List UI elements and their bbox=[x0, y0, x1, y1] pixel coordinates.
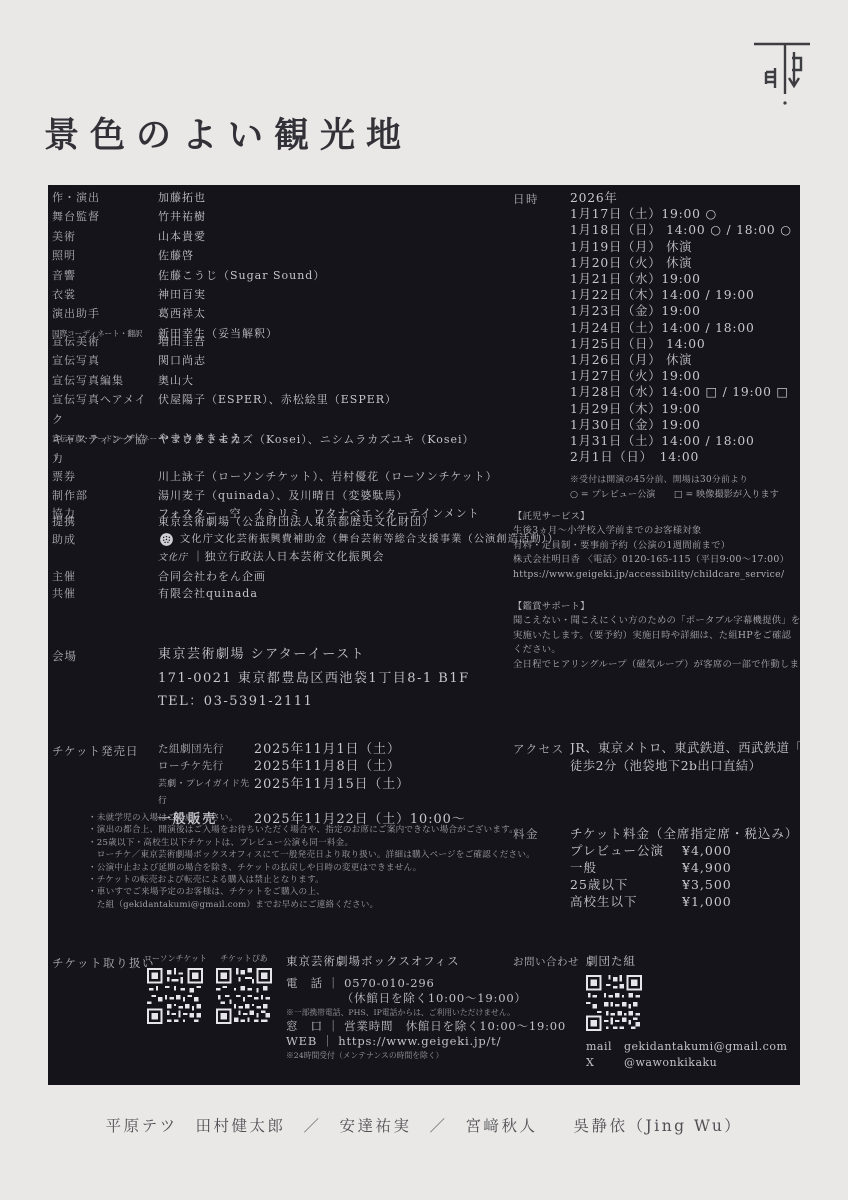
price-row: プレビュー公演¥4,000 bbox=[570, 842, 798, 859]
support-line: 聞こえない・聞こえにくい方のための「ポータブル字幕機提供」を bbox=[513, 614, 800, 628]
price-row: 高校生以下¥1,000 bbox=[570, 893, 798, 910]
note-line: ・未就学児の入場はご遠慮ください。 bbox=[88, 812, 508, 824]
contact-company: 劇団た組 bbox=[586, 953, 787, 969]
info-panel: 作・演出加藤拓也 舞台監督竹井祐樹 美術山本貴愛 照明佐藤啓 音響佐藤こうじ（S… bbox=[48, 185, 800, 1085]
support-line: 全日程でヒアリングループ（磁気ループ）が客席の一部で作動します。 bbox=[513, 658, 800, 672]
copresenter-row: 共催有限会社quinada bbox=[52, 585, 522, 603]
grant-row2: 文化庁 ｜独立行政法人日本芸術文化振興会 bbox=[52, 548, 522, 568]
ticket-notes: ・未就学児の入場はご遠慮ください。 ・演出の都合上、開演後はご入場をお待ちいただ… bbox=[88, 812, 508, 911]
bunkacho-logo-icon bbox=[158, 531, 175, 548]
page-title: 景色のよい観光地 bbox=[44, 108, 412, 158]
ticket-pia-block: チケットぴあ bbox=[216, 953, 272, 1024]
takumi-company-logo-icon bbox=[748, 28, 818, 114]
schedule-line: 1月21日（水）19:00 bbox=[570, 271, 792, 287]
box-office-block: 東京芸術劇場ボックスオフィス 電 話 ｜ 0570-010-296 （休館日を除… bbox=[286, 953, 546, 1062]
credit-row: 舞台監督竹井祐樹 bbox=[52, 207, 510, 226]
box-office-web[interactable]: WEB ｜ https://www.geigeki.jp/t/ bbox=[286, 1034, 546, 1049]
box-office-web-note: ※24時間受付（メンテナンスの時間を除く） bbox=[286, 1049, 546, 1062]
childcare-line: 有料・定員制・要事前予約（公演の1週間前まで） bbox=[513, 539, 800, 553]
schedule-line: 1月19日（月） 休演 bbox=[570, 239, 792, 255]
contact-x-row: X@wawonkikaku bbox=[586, 1055, 787, 1071]
access-line: 徒歩2分（池袋地下2b出口直結） bbox=[570, 758, 800, 776]
schedule-year: 2026年 bbox=[570, 190, 792, 206]
access-section: アクセス JR、東京メトロ、東武鉄道、西武鉄道「池袋」西口 徒歩2分（池袋地下2… bbox=[513, 740, 800, 775]
credits-casting: キャスティング協力ヤマウチトモカズ（Kosei）、ニシムラカズユキ（Kosei）… bbox=[52, 431, 510, 524]
box-office-name: 東京芸術劇場ボックスオフィス bbox=[286, 953, 546, 969]
cast-credits: 平原テツ 田村健太郎 ／ 安達祐実 ／ 宮﨑秋人 吳静依（Jing Wu） bbox=[0, 1114, 848, 1136]
schedule-line: 1月17日（土）19:00 ○ bbox=[570, 206, 792, 222]
release-row: ローチケ先行2025年11月8日（土） bbox=[158, 758, 466, 775]
presenter-row: 主催合同会社わをん企画 bbox=[52, 568, 522, 586]
venue-name: 東京芸術劇場 シアターイースト bbox=[158, 643, 470, 667]
note-line: ・25歳以下・高校生以下チケットは、プレビュー公演も同一料金。 bbox=[88, 837, 508, 849]
schedule-line: 1月29日（木）19:00 bbox=[570, 401, 792, 417]
contact-mail-row: mailgekidantakumi@gmail.com bbox=[586, 1039, 787, 1055]
note-line: た組（gekidantakumi@gmail.com）までお早めにご連絡ください… bbox=[88, 899, 508, 911]
venue-label: 会場 bbox=[52, 643, 158, 714]
schedule-section: 日時 2026年 1月17日（土）19:00 ○ 1月18日（日） 14:00 … bbox=[513, 190, 800, 502]
support-title: 【鑑賞サポート】 bbox=[513, 600, 800, 614]
credit-row: 音響佐藤こうじ（Sugar Sound） bbox=[52, 266, 510, 285]
note-line: ローチケ／東京芸術劇場ボックスオフィスにて一般発売日より取り扱い。詳細は購入ペー… bbox=[88, 849, 508, 861]
note-line: ・演出の都合上、開演後はご入場をお待ちいただく場合や、指定のお席にご案内できない… bbox=[88, 824, 508, 836]
childcare-url[interactable]: https://www.geigeki.jp/accessibility/chi… bbox=[513, 568, 800, 582]
venue-address: 171-0021 東京都豊島区西池袋1丁目8-1 B1F bbox=[158, 667, 470, 691]
childcare-line: 株式会社明日香 〈電話〉0120-165-115（平日9:00〜17:00） bbox=[513, 553, 800, 567]
schedule-line: 1月30日（金）19:00 bbox=[570, 417, 792, 433]
partnership-row: 提携東京芸術劇場（公益財団法人東京都歴史文化財団） bbox=[52, 513, 522, 531]
access-label: アクセス bbox=[513, 740, 570, 775]
price-row: 一般¥4,900 bbox=[570, 859, 798, 876]
release-row: た組劇団先行2025年11月1日（土） bbox=[158, 741, 466, 758]
credit-row: 衣裳神田百実 bbox=[52, 285, 510, 304]
box-office-tel: 電 話 ｜ 0570-010-296 bbox=[286, 976, 546, 991]
contact-label: お問い合わせ bbox=[513, 953, 586, 1071]
organizations: 提携東京芸術劇場（公益財団法人東京都歴史文化財団） 助成 文化 bbox=[52, 513, 522, 603]
credits-main: 作・演出加藤拓也 舞台監督竹井祐樹 美術山本貴愛 照明佐藤啓 音響佐藤こうじ（S… bbox=[52, 188, 510, 343]
venue-section: 会場 東京芸術劇場 シアターイースト 171-0021 東京都豊島区西池袋1丁目… bbox=[52, 643, 510, 714]
accessibility-section: 【鑑賞サポート】 聞こえない・聞こえにくい方のための「ポータブル字幕機提供」を … bbox=[513, 600, 800, 672]
contact-mail[interactable]: gekidantakumi@gmail.com bbox=[624, 1039, 787, 1055]
venue-tel: TEL：03-5391-2111 bbox=[158, 690, 470, 714]
credit-row: 演出助手葛西祥太 bbox=[52, 304, 510, 323]
schedule-line: 1月22日（木）14:00 / 19:00 bbox=[570, 287, 792, 303]
lawson-qr-code[interactable] bbox=[147, 968, 203, 1024]
credit-row: 宣伝写真ヘアメイク伏屋陽子（ESPER）、赤松絵里（ESPER） bbox=[52, 390, 510, 429]
contact-section: お問い合わせ 劇団た組 mailgekidantakumi@gmail.com … bbox=[513, 953, 800, 1071]
note-line: ・チケットの転売および転売による購入は禁止となります。 bbox=[88, 874, 508, 886]
lawson-ticket-block: ローソンチケット bbox=[144, 953, 207, 1024]
schedule-line: 1月23日（金）19:00 bbox=[570, 303, 792, 319]
contact-x-handle[interactable]: @wawonkikaku bbox=[624, 1055, 717, 1071]
credit-row: 美術山本貴愛 bbox=[52, 227, 510, 246]
credit-row: 宣伝写真関口尚志 bbox=[52, 351, 510, 370]
handling-label: チケット取り扱い bbox=[52, 955, 155, 971]
ticket-handling-section: チケット取り扱い ローソンチケット チケットぴあ 東京芸術劇場ボックスオ bbox=[48, 951, 568, 1081]
price-section: 料金 チケット料金（全席指定席・税込み） プレビュー公演¥4,000 一般¥4,… bbox=[513, 825, 800, 910]
schedule-line: 1月18日（日） 14:00 ○ / 18:00 ○ bbox=[570, 222, 792, 238]
flyer-page: 景色のよい観光地 作・演出加藤拓也 舞台監督竹井祐樹 美術山本貴愛 照明佐藤啓 … bbox=[0, 0, 848, 1200]
schedule-line: 1月28日（水）14:00 □ / 19:00 □ bbox=[570, 384, 792, 400]
credit-row: キャスティング協力ヤマウチトモカズ（Kosei）、ニシムラカズユキ（Kosei） bbox=[52, 431, 510, 468]
grant-line2: ｜独立行政法人日本芸術文化振興会 bbox=[193, 550, 385, 563]
schedule-line: 1月26日（月） 休演 bbox=[570, 352, 792, 368]
bunkacho-script-text: 文化庁 bbox=[158, 553, 188, 563]
contact-qr-code[interactable] bbox=[586, 975, 642, 1031]
credit-row: 照明佐藤啓 bbox=[52, 246, 510, 265]
support-line: 実施いたします。（要予約）実施日時や詳細は、た組HPをご確認 bbox=[513, 629, 800, 643]
childcare-title: 【託児サービス】 bbox=[513, 510, 800, 524]
schedule-line: 1月24日（土）14:00 / 18:00 bbox=[570, 320, 792, 336]
price-row: 25歳以下¥3,500 bbox=[570, 876, 798, 893]
note-line: ・公演中止および延期の場合を除き、チケットの払戻しや日時の変更はできません。 bbox=[88, 862, 508, 874]
credit-row: 制作部湯川麦子（quinada）、及川晴日（変婆駄馬） bbox=[52, 487, 510, 506]
schedule-note: ※受付は開演の45分前、開場は30分前より bbox=[570, 473, 792, 487]
note-line: ・車いすでご来場予定のお客様は、チケットをご購入の上、 bbox=[88, 886, 508, 898]
schedule-legend: ○ = プレビュー公演 □ = 映像撮影が入ります bbox=[570, 487, 792, 502]
pia-label: チケットぴあ bbox=[216, 953, 272, 964]
price-label: 料金 bbox=[513, 825, 570, 910]
childcare-line: 生後3ヵ月〜小学校入学前までのお客様対象 bbox=[513, 524, 800, 538]
credit-row: 作・演出加藤拓也 bbox=[52, 188, 510, 207]
childcare-section: 【託児サービス】 生後3ヵ月〜小学校入学前までのお客様対象 有料・定員制・要事前… bbox=[513, 510, 800, 582]
grant-row: 助成 文化庁文化芸術振興費補助金（舞台芸術等総合支援事業（公演創造活動）） bbox=[52, 531, 522, 549]
schedule-line: 1月27日（火）19:00 bbox=[570, 368, 792, 384]
schedule-line: 2月1日（日） 14:00 bbox=[570, 449, 792, 465]
schedule-line: 1月20日（火） 休演 bbox=[570, 255, 792, 271]
support-line: ください。 bbox=[513, 643, 800, 657]
box-office-tel-note: ※一部携帯電話、PHS、IP電話からは、ご利用いただけません。 bbox=[286, 1006, 546, 1019]
lawson-label: ローソンチケット bbox=[144, 953, 207, 964]
credit-row: 宣伝美術増田圭吾 bbox=[52, 332, 510, 351]
schedule-line: 1月31日（土）14:00 / 18:00 bbox=[570, 433, 792, 449]
box-office-window: 窓 口 ｜ 営業時間 休館日を除く10:00〜19:00 bbox=[286, 1019, 546, 1034]
credit-row: 票券川上詠子（ローソンチケット）、岩村優花（ローソンチケット） bbox=[52, 468, 510, 487]
price-title: チケット料金（全席指定席・税込み） bbox=[570, 825, 798, 842]
schedule-label: 日時 bbox=[513, 190, 570, 502]
box-office-tel-hours: （休館日を除く10:00〜19:00） bbox=[286, 991, 546, 1006]
schedule-line: 1月25日（日） 14:00 bbox=[570, 336, 792, 352]
pia-qr-code[interactable] bbox=[216, 968, 272, 1024]
access-line: JR、東京メトロ、東武鉄道、西武鉄道「池袋」西口 bbox=[570, 740, 800, 758]
credit-row: 宣伝写真編集奥山大 bbox=[52, 371, 510, 390]
release-row: 芸劇・プレイガイド先行2025年11月15日（土） bbox=[158, 776, 466, 811]
grant-line1: 文化庁文化芸術振興費補助金（舞台芸術等総合支援事業（公演創造活動）） bbox=[180, 531, 559, 549]
